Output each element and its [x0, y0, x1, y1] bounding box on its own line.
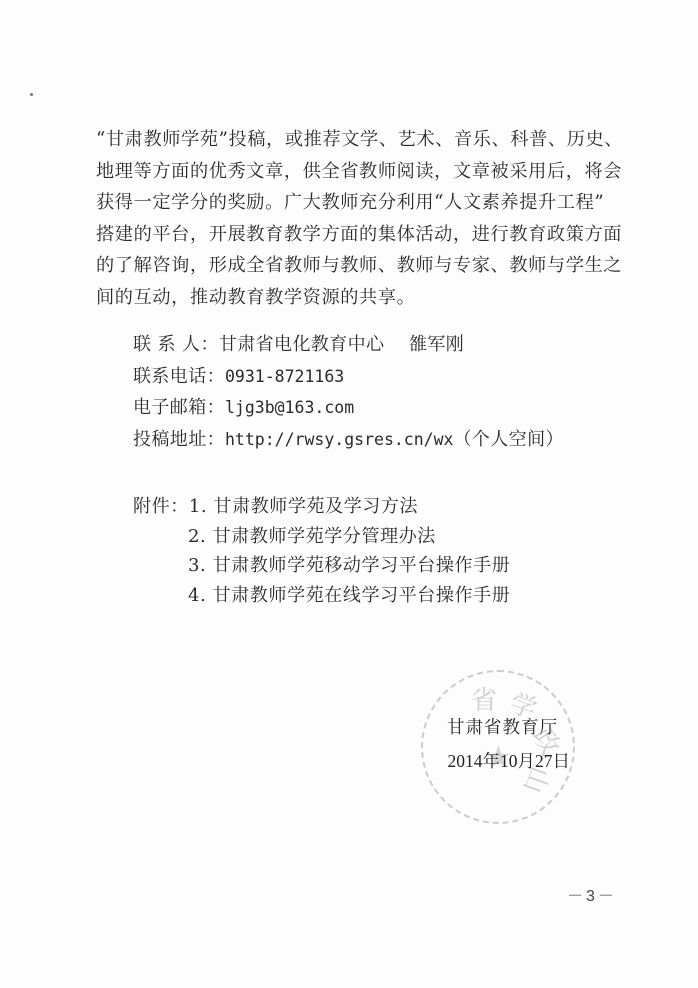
signature-block: 甘肃省教育厅 2014年10月27日: [405, 712, 570, 778]
attachment-row: 2. 甘肃教师学苑学分管理办法: [133, 522, 510, 552]
signature-date: 2014年10月27日: [405, 745, 570, 778]
attachments-block: 附件：1. 甘肃教师学苑及学习方法 2. 甘肃教师学苑学分管理办法 3. 甘肃教…: [133, 492, 510, 610]
paragraph-line: 间的互动，推动教育教学资源的共享。: [96, 282, 626, 314]
contact-phone-row: 联系电话：0931-8721163: [133, 361, 564, 393]
page-number: －3－: [567, 883, 617, 906]
contact-phone-label: 联系电话：: [133, 366, 225, 387]
attachment-row: 3. 甘肃教师学苑移动学习平台操作手册: [133, 551, 510, 581]
signature-organization: 甘肃省教育厅: [405, 712, 570, 745]
contact-submit-note: （个人空间）: [453, 429, 563, 450]
paragraph-line: 搭建的平台，开展教育教学方面的集体活动，进行教育政策方面: [96, 219, 626, 251]
scan-speck: [30, 93, 33, 96]
body-paragraph: “甘肃教师学苑”投稿，或推荐文学、艺术、音乐、科普、历史、 地理等方面的优秀文章…: [96, 124, 626, 313]
contact-email-row: 电子邮箱：ljg3b@163.com: [133, 392, 564, 424]
contact-email-label: 电子邮箱：: [133, 397, 225, 418]
paragraph-line: “甘肃教师学苑”投稿，或推荐文学、艺术、音乐、科普、历史、: [96, 124, 626, 156]
contact-block: 联 系 人：甘肃省电化教育中心 雒军刚 联系电话：0931-8721163 电子…: [133, 329, 564, 455]
paragraph-line: 的了解咨询，形成全省教师与教师、教师与专家、教师与学生之: [96, 250, 626, 282]
paragraph-line: 地理等方面的优秀文章，供全省教师阅读，文章被采用后，将会: [96, 156, 626, 188]
paragraph-line: 获得一定学分的奖励。广大教师充分利用“人文素养提升工程”: [96, 187, 626, 219]
attachment-item: 3. 甘肃教师学苑移动学习平台操作手册: [188, 555, 510, 576]
contact-submit-label: 投稿地址：: [133, 429, 225, 450]
contact-phone-value: 0931-8721163: [225, 367, 344, 386]
contact-person-row: 联 系 人：甘肃省电化教育中心 雒军刚: [133, 329, 564, 361]
contact-email-value[interactable]: ljg3b@163.com: [225, 398, 354, 417]
attachment-item: 1. 甘肃教师学苑及学习方法: [189, 496, 418, 517]
attachment-item: 2. 甘肃教师学苑学分管理办法: [188, 526, 436, 547]
contact-submit-url[interactable]: http://rwsy.gsres.cn/wx: [225, 430, 453, 449]
contact-person-value: 甘肃省电化教育中心 雒军刚: [219, 334, 464, 355]
attachments-label: 附件：: [133, 496, 189, 517]
attachment-item: 4. 甘肃教师学苑在线学习平台操作手册: [188, 585, 510, 606]
contact-submit-row: 投稿地址：http://rwsy.gsres.cn/wx（个人空间）: [133, 424, 564, 456]
document-page: “甘肃教师学苑”投稿，或推荐文学、艺术、音乐、科普、历史、 地理等方面的优秀文章…: [0, 0, 698, 988]
attachment-row: 4. 甘肃教师学苑在线学习平台操作手册: [133, 581, 510, 611]
attachment-row: 附件：1. 甘肃教师学苑及学习方法: [133, 492, 510, 522]
contact-person-label: 联 系 人：: [133, 334, 219, 355]
